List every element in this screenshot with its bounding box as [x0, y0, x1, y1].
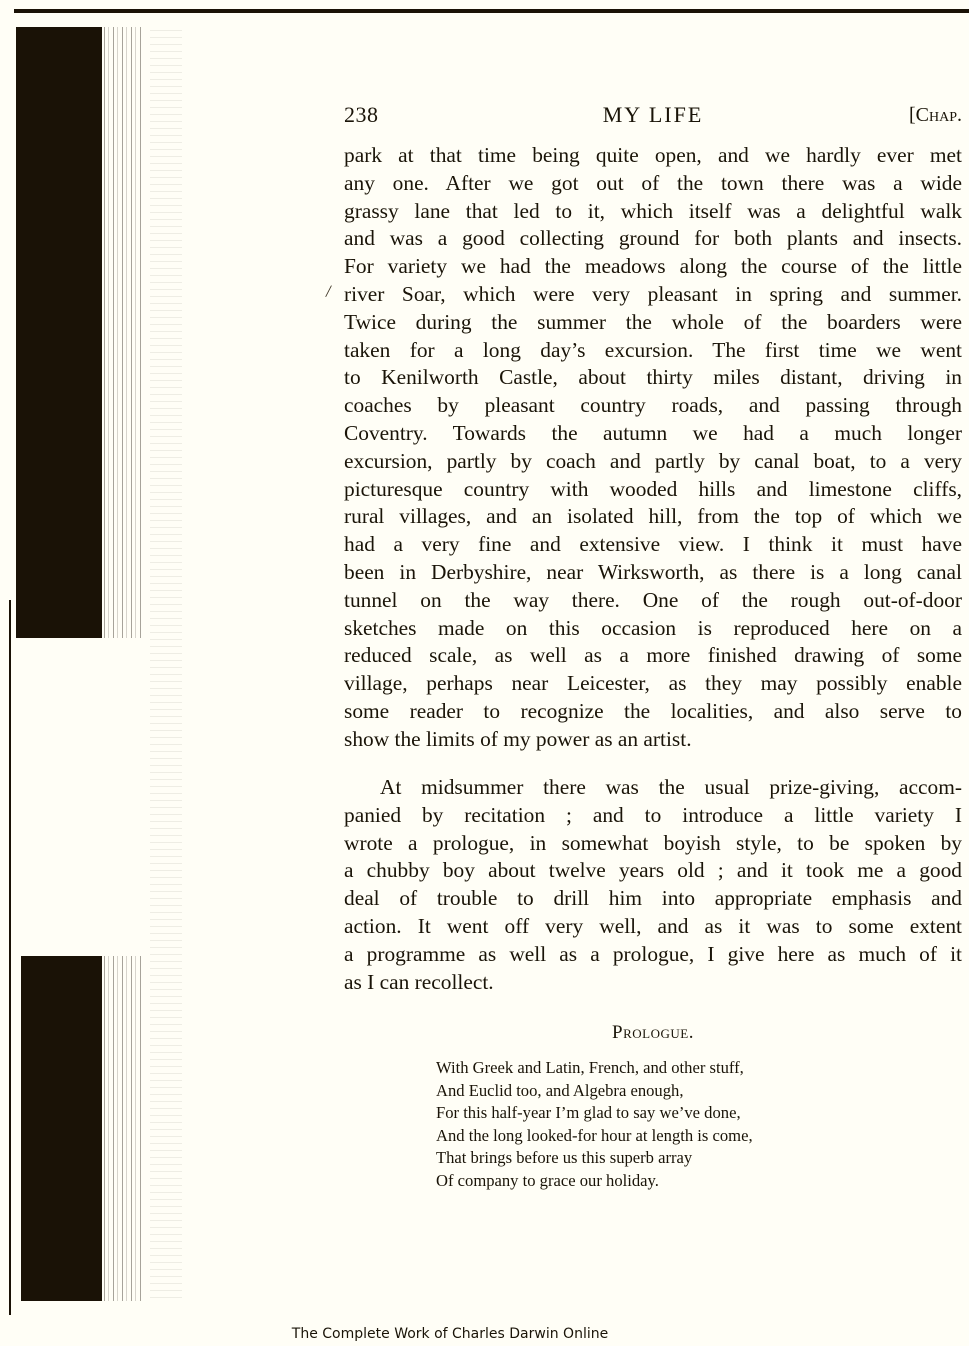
text-line: wrote a prologue, in somewhat boyish sty… [344, 830, 962, 858]
text-line: sketches made on this occasion is reprod… [344, 615, 962, 643]
text-line: river Soar, which were very pleasant in … [344, 281, 962, 309]
text-line: At midsummer there was the usual prize-g… [344, 774, 962, 802]
text-line: reduced scale, as well as a more finishe… [344, 642, 962, 670]
verse-line: For this half-year I’m glad to say we’ve… [436, 1102, 753, 1125]
text-line: park at that time being quite open, and … [344, 142, 962, 170]
text-line: panied by recitation ; and to introduce … [344, 802, 962, 830]
prologue-verse: With Greek and Latin, French, and other … [436, 1057, 753, 1193]
text-line: taken for a long day’s excursion. The fi… [344, 337, 962, 365]
text-line: action. It went off very well, and as it… [344, 913, 962, 941]
text-line: coaches by pleasant country roads, and p… [344, 392, 962, 420]
text-line: excursion, partly by coach and partly by… [344, 448, 962, 476]
text-line: grassy lane that led to it, which itself… [344, 198, 962, 226]
text-line: had a very fine and extensive view. I th… [344, 531, 962, 559]
text-line: been in Derbyshire, near Wirksworth, as … [344, 559, 962, 587]
text-line: For variety we had the meadows along the… [344, 253, 962, 281]
scan-top-rule [14, 9, 969, 13]
paragraph-1: park at that time being quite open, and … [344, 142, 962, 754]
text-line: any one. After we got out of the town th… [344, 170, 962, 198]
scan-binding-shadow-lower [21, 956, 102, 1301]
verse-line: Of company to grace our holiday. [436, 1170, 753, 1193]
text-line: Coventry. Towards the autumn we had a mu… [344, 420, 962, 448]
text-line: Twice during the summer the whole of the… [344, 309, 962, 337]
text-line: a chubby boy about twelve years old ; an… [344, 857, 962, 885]
running-head: 238 MY LIFE [Chap. [344, 100, 962, 130]
margin-pencil-mark: / [325, 281, 333, 302]
scan-binding-shadow-upper [16, 27, 102, 638]
scan-page-edges-upper [104, 27, 144, 638]
verse-line: That brings before us this superb array [436, 1147, 753, 1170]
verse-line: And the long looked-for hour at length i… [436, 1125, 753, 1148]
footer-credit: The Complete Work of Charles Darwin Onli… [0, 1326, 900, 1342]
text-line: a programme as well as a prologue, I giv… [344, 941, 962, 969]
prologue-heading: Prologue. [344, 1022, 962, 1044]
text-line: tunnel on the way there. One of the roug… [344, 587, 962, 615]
chapter-marker: [Chap. [909, 100, 962, 130]
verse-line: And Euclid too, and Algebra enough, [436, 1080, 753, 1103]
scan-speckle [150, 30, 182, 1300]
text-line: to Kenilworth Castle, about thirty miles… [344, 364, 962, 392]
text-line: picturesque country with wooded hills an… [344, 476, 962, 504]
text-line: as I can recollect. [344, 969, 962, 997]
text-line: rural villages, and an isolated hill, fr… [344, 503, 962, 531]
text-line: deal of trouble to drill him into approp… [344, 885, 962, 913]
running-title: MY LIFE [344, 100, 962, 130]
text-line: and was a good collecting ground for bot… [344, 225, 962, 253]
paragraph-2: At midsummer there was the usual prize-g… [344, 774, 962, 996]
text-line: village, perhaps near Leicester, as they… [344, 670, 962, 698]
verse-line: With Greek and Latin, French, and other … [436, 1057, 753, 1080]
scan-gutter-line [9, 600, 11, 1315]
scan-page-edges-lower [104, 956, 144, 1301]
text-line: some reader to recognize the localities,… [344, 698, 962, 726]
text-line: show the limits of my power as an artist… [344, 726, 962, 754]
